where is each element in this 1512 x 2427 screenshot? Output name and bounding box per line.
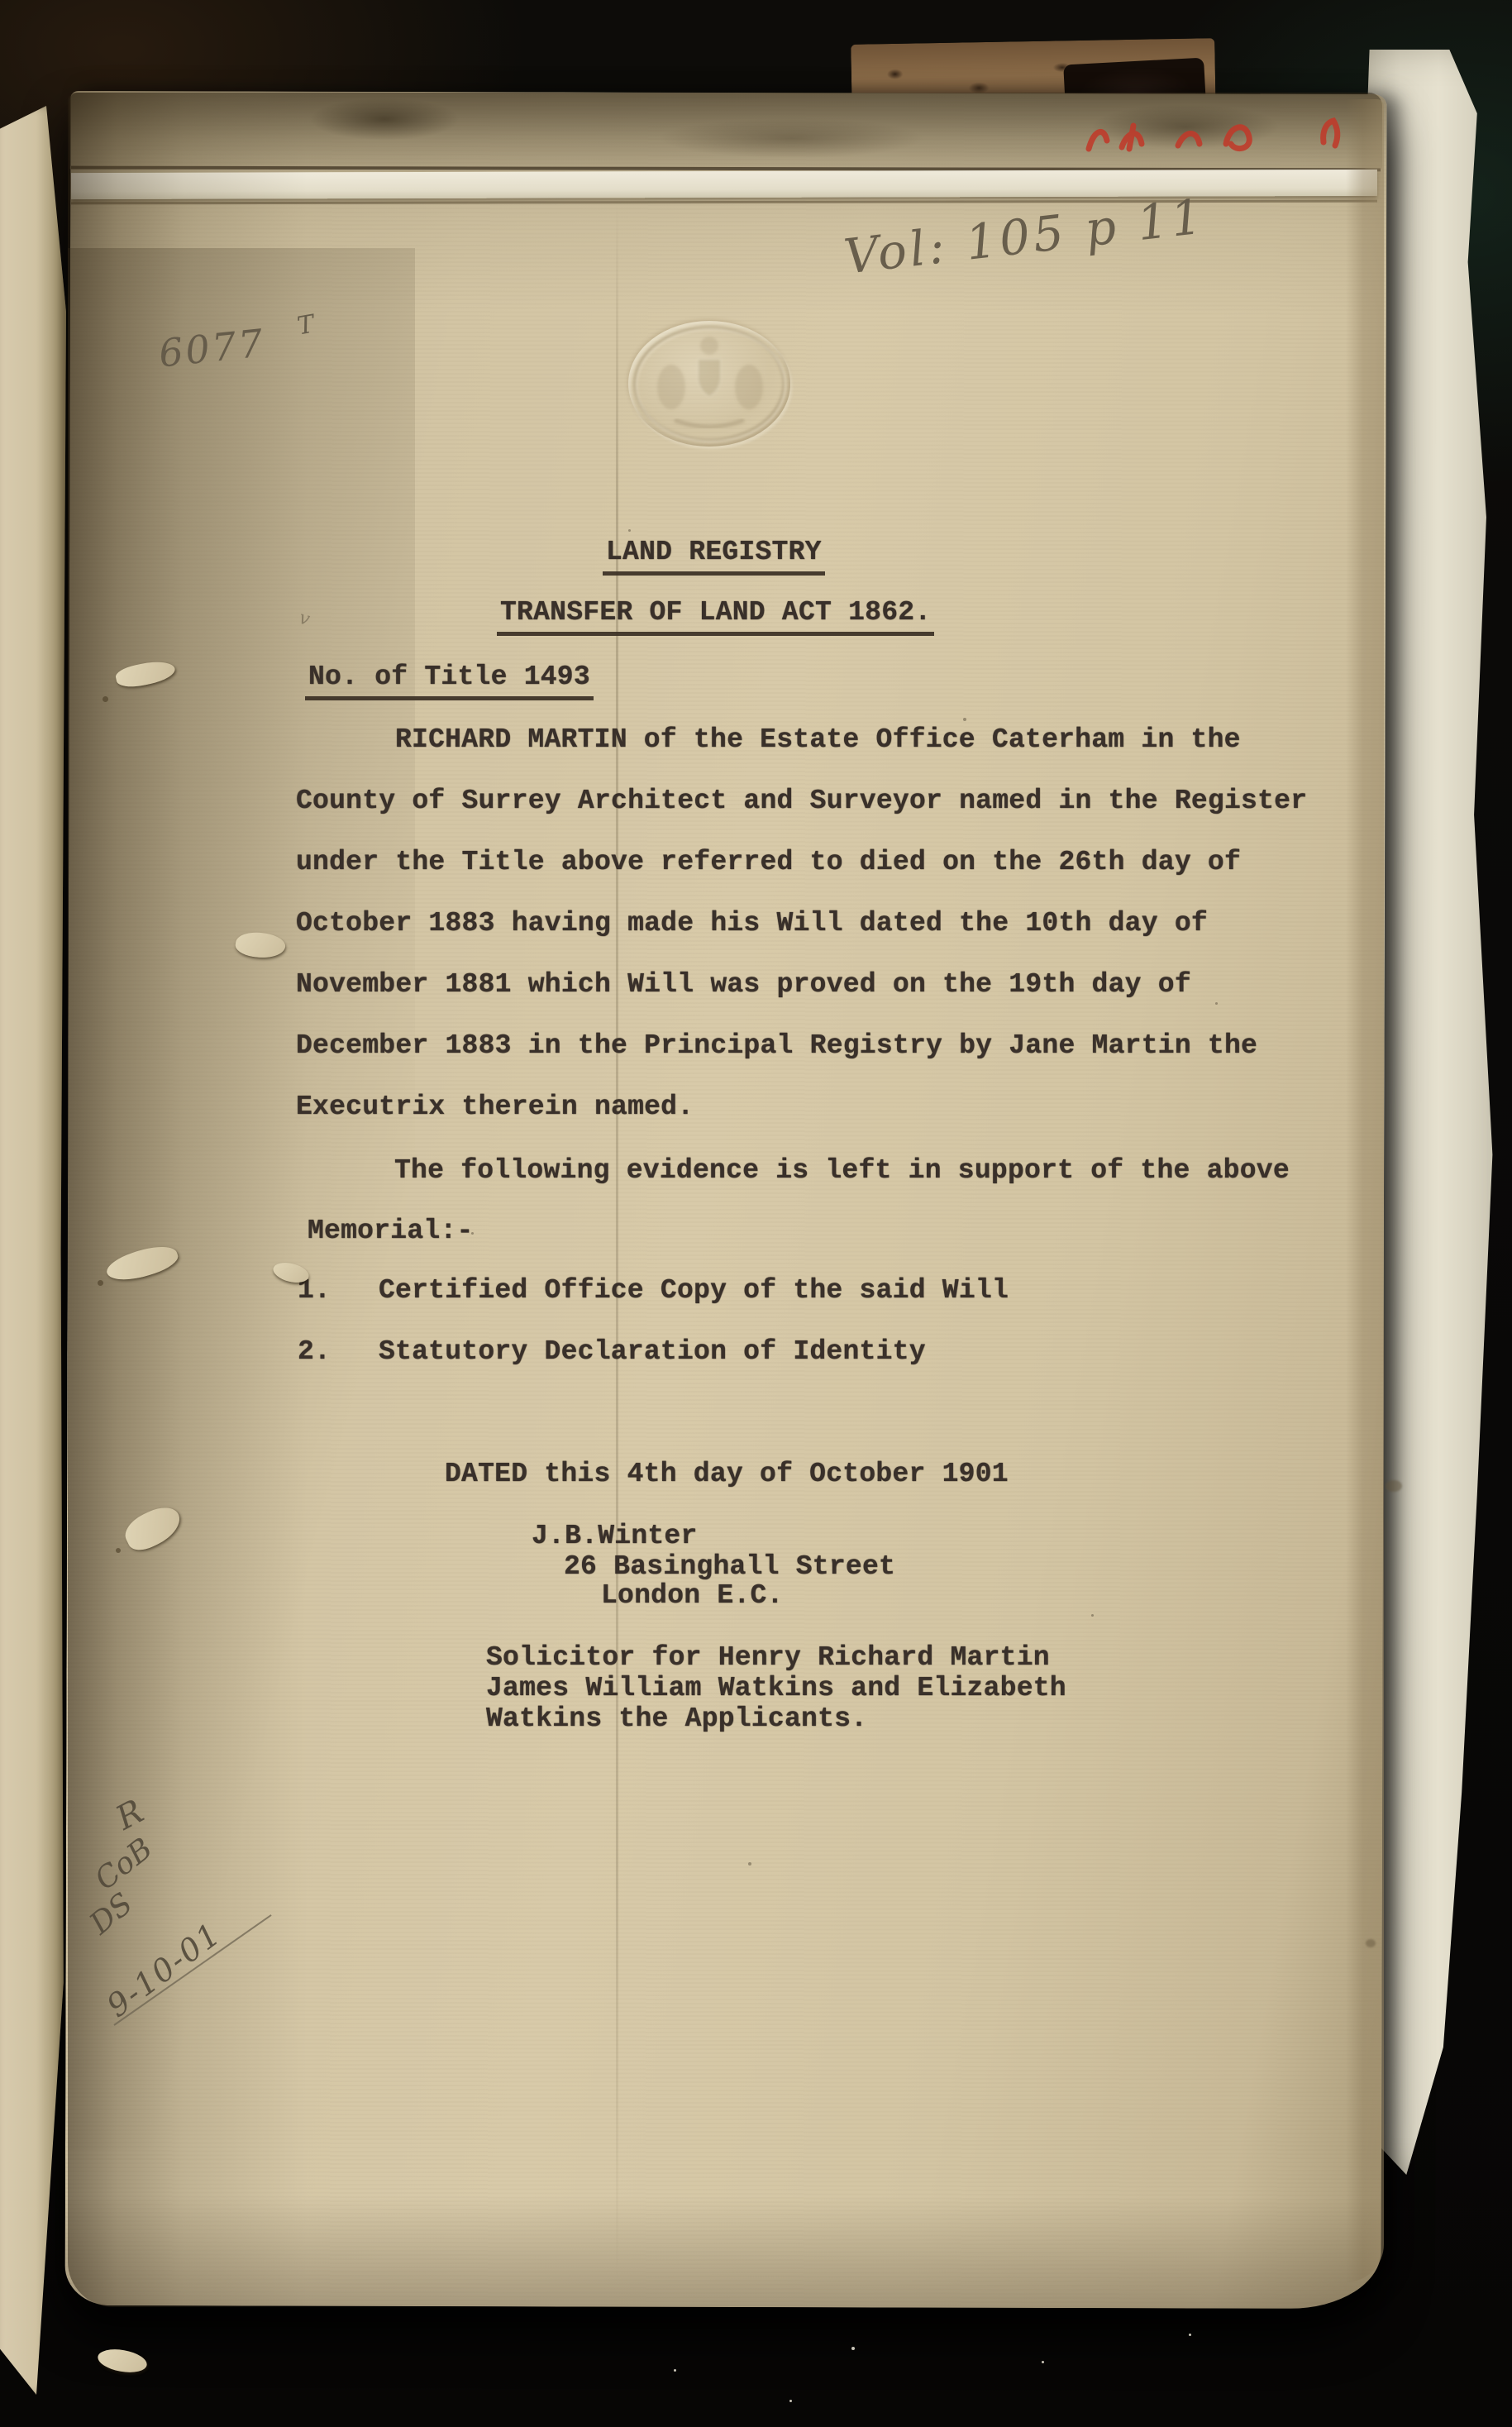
body-line: The following evidence is left in suppor…	[394, 1154, 1290, 1187]
evidence-item-number: 2.	[298, 1335, 331, 1369]
dust-speck	[674, 2369, 676, 2372]
page-right-edge	[1346, 99, 1384, 2282]
dated-line: DATED this 4th day of October 1901	[445, 1458, 1009, 1491]
signatory-address-line: London E.C.	[601, 1579, 784, 1612]
document-heading: LAND REGISTRY	[603, 536, 825, 576]
paper-speck	[1091, 1614, 1094, 1617]
paper-speck	[1215, 1002, 1218, 1005]
paper-speck	[963, 718, 966, 721]
title-number-line: No. of Title 1493	[305, 661, 594, 700]
vertical-fold-crease	[616, 203, 618, 2286]
body-line: RICHARD MARTIN of the Estate Office Cate…	[395, 724, 1241, 757]
underlying-page-edge-left	[0, 106, 66, 2395]
solicitor-line: Solicitor for Henry Richard Martin	[486, 1641, 1050, 1675]
stitch-hole	[98, 1280, 103, 1286]
edge-pencil-smudge	[1366, 1939, 1376, 1947]
paper-speck	[748, 1862, 751, 1866]
solicitor-line: James William Watkins and Elizabeth	[486, 1672, 1066, 1705]
body-line: Memorial:-	[308, 1215, 474, 1248]
signatory-name: J.B.Winter	[532, 1520, 698, 1553]
body-line: December 1883 in the Principal Registry …	[296, 1030, 1257, 1063]
act-line: TRANSFER OF LAND ACT 1862.	[497, 596, 934, 636]
dust-speck	[1042, 2361, 1044, 2363]
solicitor-line: Watkins the Applicants.	[486, 1703, 867, 1736]
body-line: October 1883 having made his Will dated …	[296, 907, 1208, 940]
signatory-address-line: 26 Basinghall Street	[564, 1550, 895, 1584]
embossed-seal	[628, 321, 790, 447]
stitch-hole	[103, 696, 108, 702]
evidence-item-text: Certified Office Copy of the said Will	[379, 1274, 1009, 1307]
dust-speck	[851, 2347, 855, 2350]
dust-speck	[1189, 2334, 1191, 2336]
edge-pencil-smudge	[1386, 1480, 1402, 1492]
body-line: November 1881 which Will was proved on t…	[296, 968, 1191, 1001]
dust-speck	[789, 2400, 792, 2402]
evidence-item-text: Statutory Declaration of Identity	[379, 1335, 926, 1369]
paper-speck	[471, 1232, 474, 1235]
body-line: County of Surrey Architect and Surveyor …	[296, 785, 1307, 818]
photographed-memorial-document: { "annotations_top": { "volume_ref": "Vo…	[0, 0, 1512, 2427]
body-line: Executrix therein named.	[296, 1091, 694, 1124]
paper-speck	[628, 529, 631, 532]
stitch-hole	[116, 1548, 121, 1553]
body-line: under the Title above referred to died o…	[296, 846, 1241, 879]
red-ink-marks	[1079, 114, 1352, 155]
royal-coat-of-arms-emboss	[628, 321, 790, 447]
